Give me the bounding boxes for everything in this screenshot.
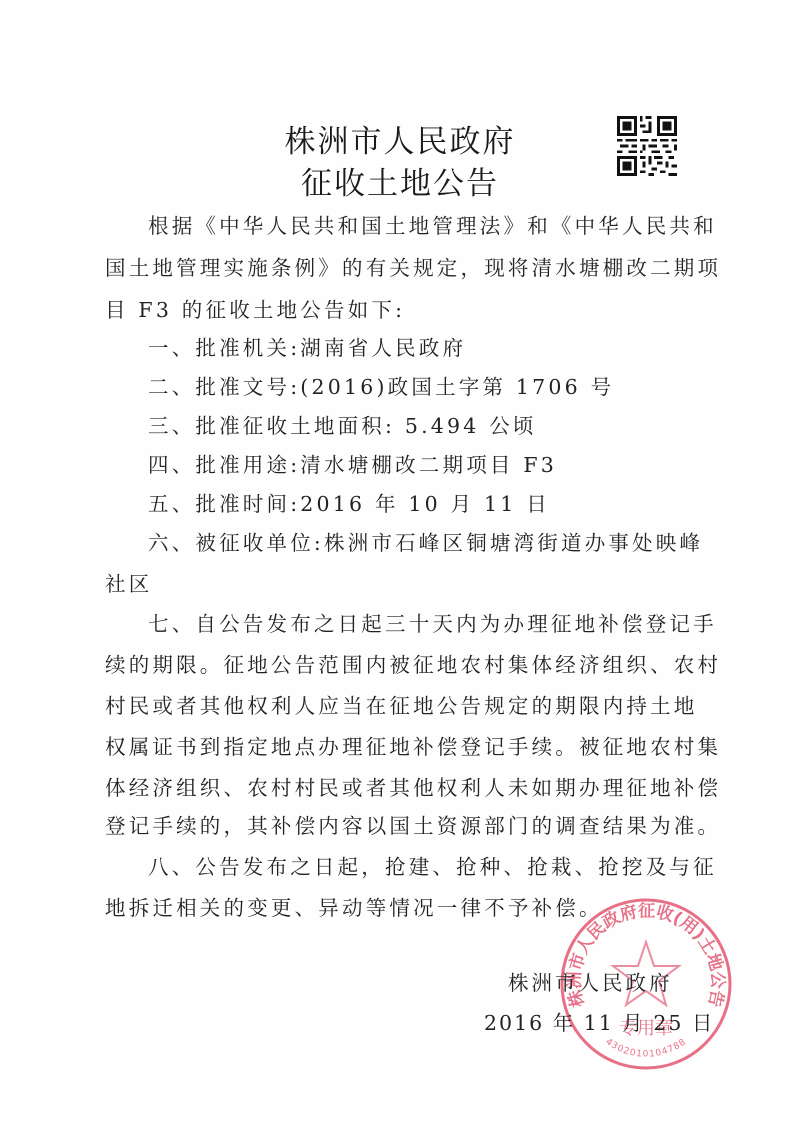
document-title-issuer: 株洲市人民政府 — [0, 116, 800, 161]
svg-text:4302010104788: 4302010104788 — [604, 1037, 689, 1060]
document-title: 征收土地公告 — [0, 158, 800, 203]
item-approved-use: 四、批准用途:清水塘棚改二期项目 F3 — [148, 451, 557, 479]
item-expropriated-unit-line-2: 社区 — [105, 570, 152, 598]
intro-line-2: 国土地管理实施条例》的有关规定，现将清水塘棚改二期项 — [105, 254, 721, 282]
item-approval-authority: 一、批准机关:湖南省人民政府 — [148, 334, 466, 362]
intro-line-3: 目 F3 的征收土地公告如下: — [105, 296, 405, 324]
item-expropriated-unit-line-1: 六、被征收单位:株洲市石峰区铜塘湾街道办事处映峰 — [148, 529, 703, 557]
item-approved-area: 三、批准征收土地面积: 5.494 公顷 — [148, 412, 537, 440]
qr-code-icon — [616, 116, 678, 176]
signature-organization: 株洲市人民政府 — [508, 966, 673, 996]
item-approval-document-number: 二、批准文号:(2016)政国土字第 1706 号 — [148, 373, 614, 401]
item7-line-4: 权属证书到指定地点办理征地补偿登记手续。被征地农村集 — [105, 733, 721, 761]
item7-line-2: 续的期限。征地公告范围内被征地农村集体经济组织、农村 — [105, 651, 721, 679]
item7-line-3: 村民或者其他权利人应当在征地公告规定的期限内持土地 — [105, 692, 698, 720]
item8-line-1: 八、公告发布之日起，抢建、抢种、抢栽、抢挖及与征 — [148, 853, 717, 881]
document-page: 株洲市人民政府 征收土地公告 根据《中华人民共和国土地管理法》和《中华人民共和 … — [0, 0, 800, 1127]
item7-line-6: 登记手续的，其补偿内容以国土资源部门的调查结果为准。 — [105, 812, 721, 840]
signature-date: 2016 年 11 月 25 日 — [484, 1006, 714, 1036]
intro-line-1: 根据《中华人民共和国土地管理法》和《中华人民共和 — [148, 212, 717, 240]
item7-line-1: 七、自公告发布之日起三十天内为办理征地补偿登记手 — [148, 610, 717, 638]
item-approval-date: 五、批准时间:2016 年 10 月 11 日 — [148, 490, 550, 518]
item7-line-5: 体经济组织、农村村民或者其他权利人未如期办理征地补偿 — [105, 774, 721, 802]
item8-line-2: 地拆迁相关的变更、异动等情况一律不予补偿。 — [105, 894, 603, 922]
